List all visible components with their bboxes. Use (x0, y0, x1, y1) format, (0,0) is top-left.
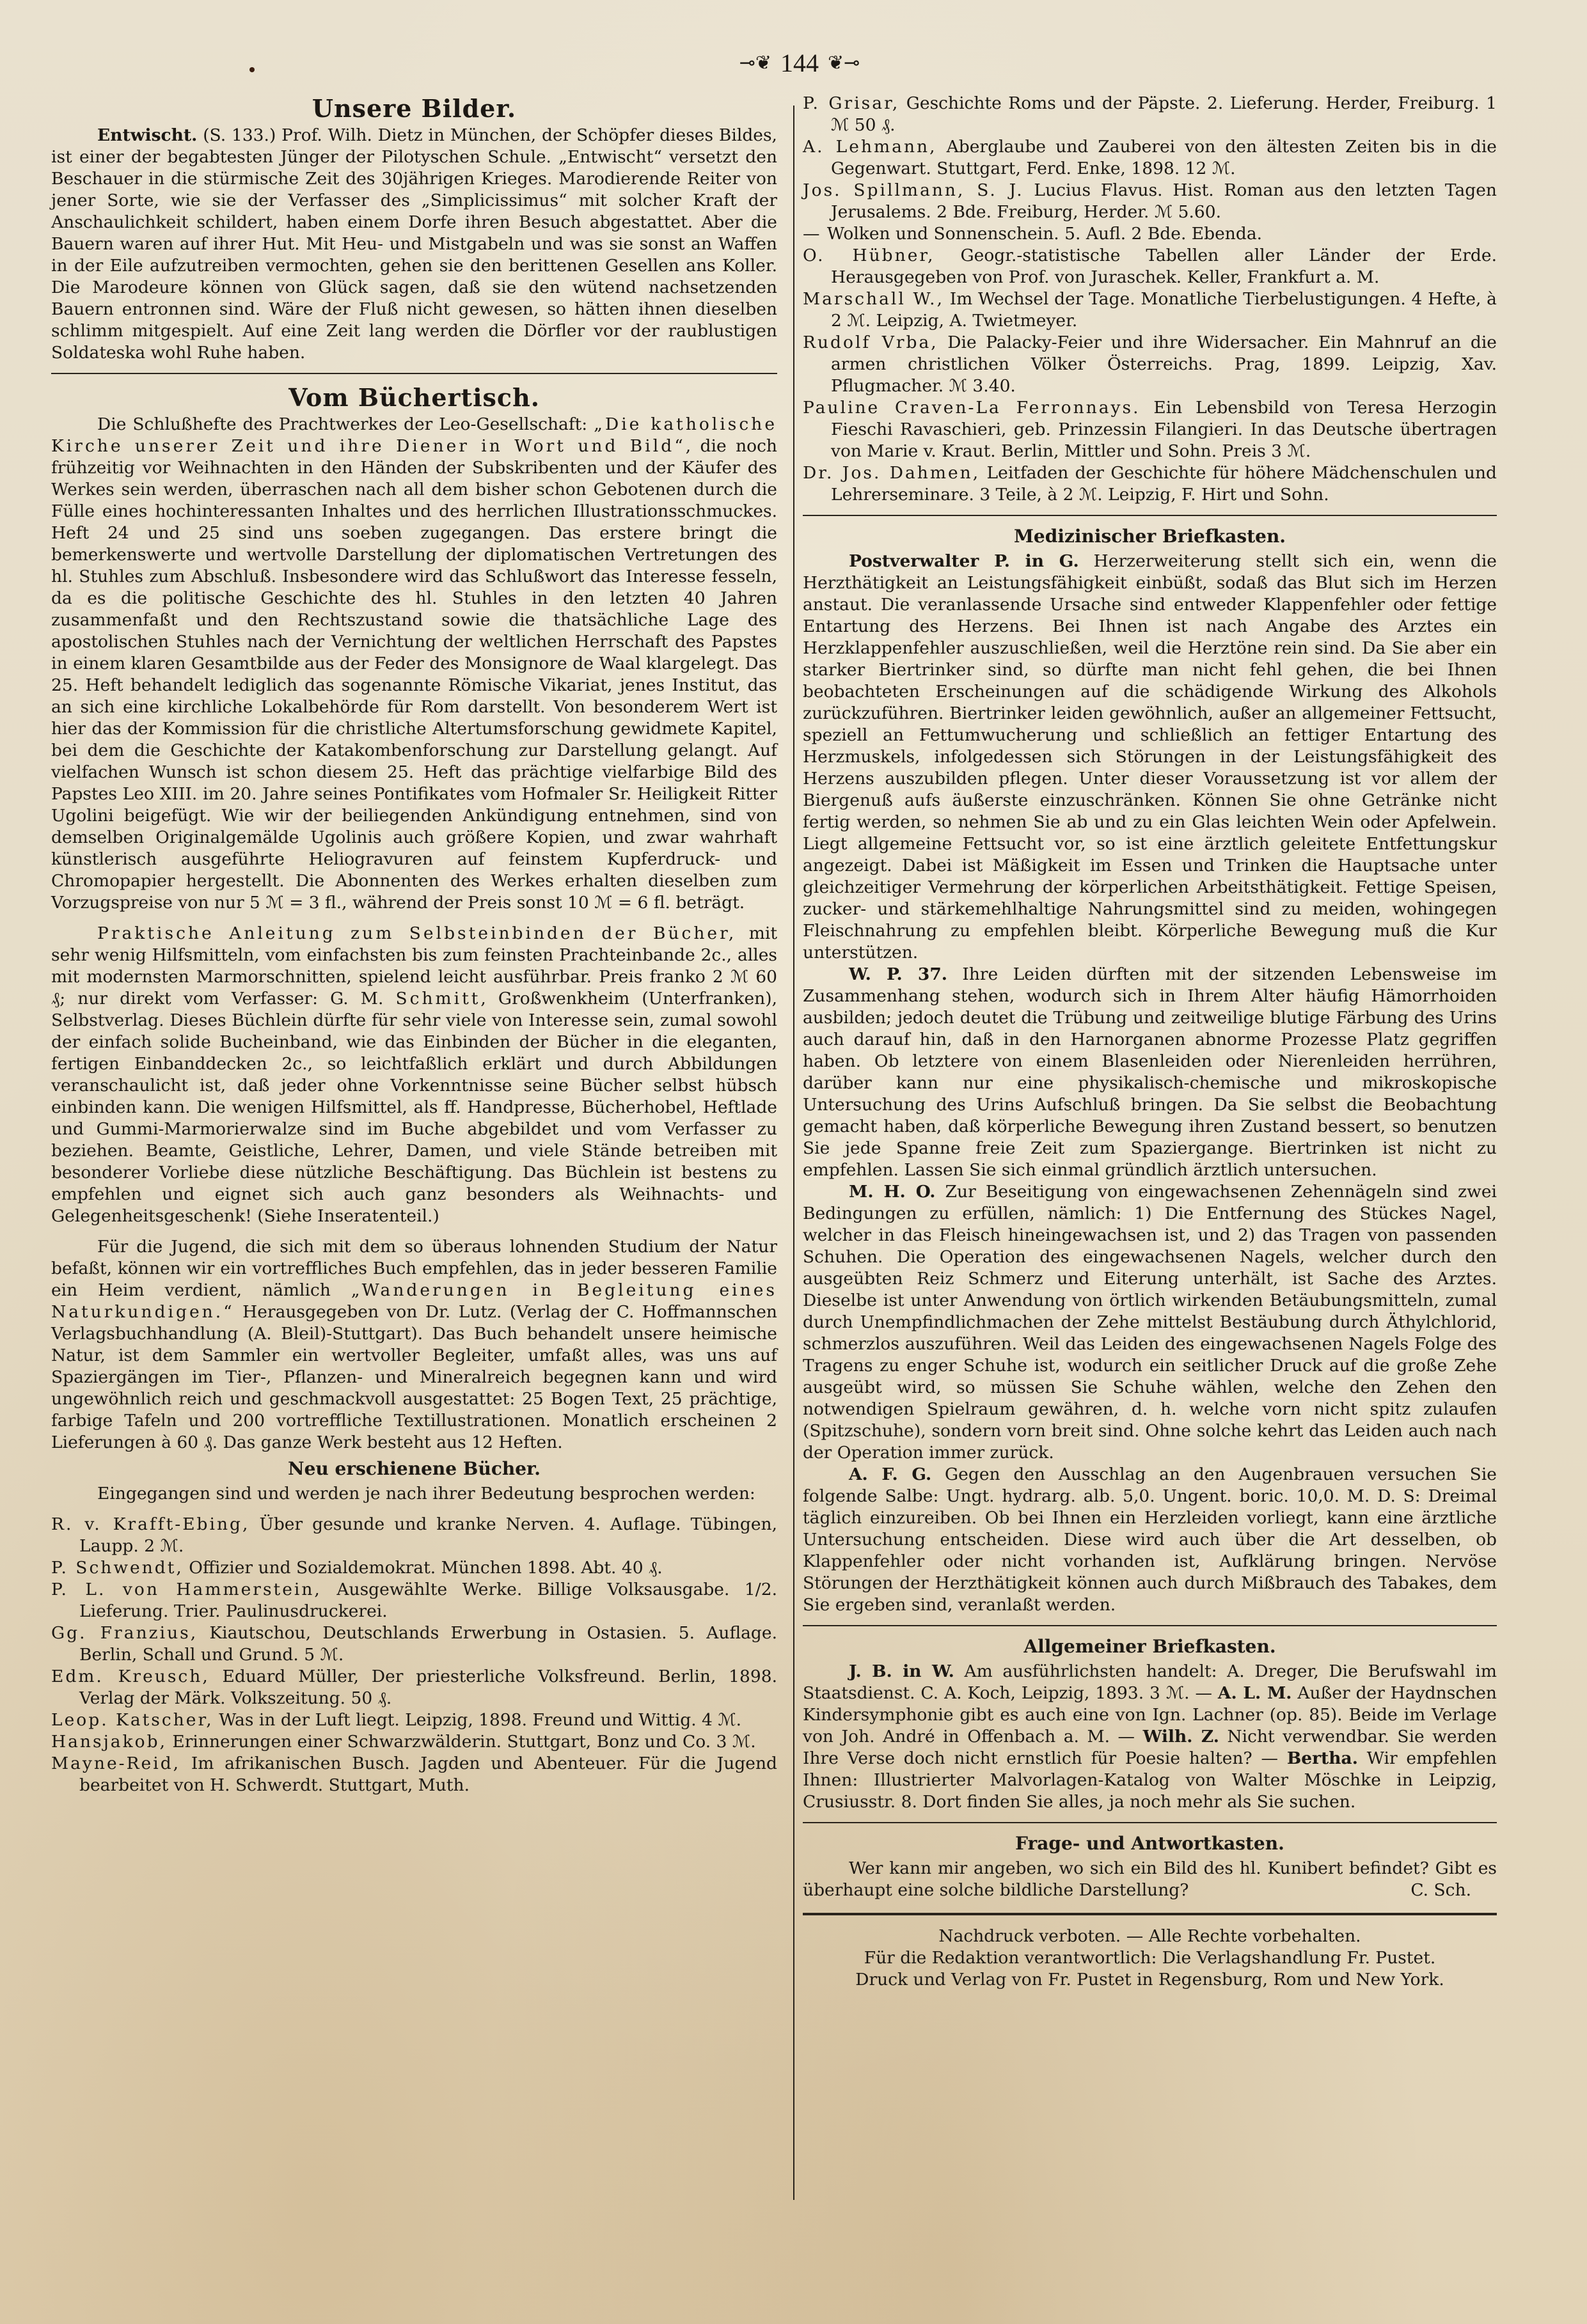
imprint: Nachdruck verboten. — Alle Rechte vorbeh… (803, 1926, 1497, 1991)
section-buechertisch: Vom Büchertisch. Die Schlußhefte des Pra… (51, 382, 777, 1454)
imprint-line: Nachdruck verboten. — Alle Rechte vorbeh… (803, 1926, 1497, 1947)
paragraph: Entwischt. (S. 133.) Prof. Wilh. Dietz i… (51, 125, 777, 364)
section-divider (803, 1822, 1497, 1823)
letter-entry: Postverwalter P. in G. Herzerweiterung s… (803, 551, 1497, 964)
book-author: P. Schwendt, (51, 1558, 184, 1578)
book-author: Jos. Spillmann, S. J. (803, 180, 1024, 200)
section-title: Vom Büchertisch. (51, 382, 777, 414)
paragraph-text: Gegen den Ausschlag an den Augenbrauen v… (803, 1464, 1497, 1615)
page-header: ⊸❦144❦⊸ (0, 48, 1587, 80)
lead-term: Postverwalter P. in G. (849, 551, 1079, 571)
lead-term: W. P. 37. (849, 964, 947, 984)
book-entry: O. Hübner, Geogr.-statistische Tabellen … (803, 245, 1497, 288)
page-number-block: ⊸❦144❦⊸ (710, 48, 889, 78)
imprint-line: Druck und Verlag von Fr. Pustet in Regen… (803, 1969, 1497, 1991)
section-subtitle: Neu erschienene Bücher. (51, 1456, 777, 1482)
author-name: Schmitt (395, 989, 480, 1009)
book-entry: Pauline Craven-La Ferronnays. Ein Lebens… (803, 397, 1497, 462)
paragraph-text: Herzerweiterung stellt sich ein, wenn di… (803, 551, 1497, 962)
lead-term: Bertha. (1287, 1748, 1358, 1768)
book-details: Offizier und Sozialdemokrat. München 189… (184, 1558, 663, 1578)
spacer (51, 1505, 777, 1514)
left-column: Unsere Bilder. Entwischt. (S. 133.) Prof… (51, 93, 777, 1796)
right-column: P. Grisar, Geschichte Roms und der Päpst… (803, 93, 1497, 1991)
paragraph: Eingegangen sind und werden je nach ihre… (51, 1483, 777, 1505)
paragraph-text: , die noch frühzeitig vor Weihnachten in… (51, 436, 777, 913)
paragraph-text: Herausgegeben von Dr. Lutz. (Verlag der … (51, 1302, 777, 1452)
column-divider (793, 106, 794, 2200)
work-title: Praktische Anleitung zum Selbsteinbinden… (97, 923, 736, 943)
book-entry: — Wolken und Sonnenschein. 5. Aufl. 2 Bd… (803, 223, 1497, 245)
book-author: Marschall W., (803, 289, 944, 309)
spacer (51, 914, 777, 923)
book-entry: R. v. Krafft-Ebing, Über gesunde und kra… (51, 1514, 777, 1557)
signature: C. Sch. (1364, 1880, 1471, 1901)
section-medizinischer-briefkasten: Medizinischer Briefkasten. Postverwalter… (803, 524, 1497, 1616)
book-details: Im afrikanischen Busch. Jagden und Abent… (79, 1754, 777, 1795)
book-entry: Marschall W., Im Wechsel der Tage. Monat… (803, 288, 1497, 332)
paragraph-text: , Großwenkheim (Unterfranken), Selbstver… (51, 989, 777, 1226)
section-subtitle: Frage- und Antwortkasten. (803, 1831, 1497, 1857)
book-details: Erinnerungen einer Schwarzwälderin. Stut… (167, 1732, 756, 1752)
section-title: Unsere Bilder. (51, 93, 777, 125)
book-entry: A. Lehmann, Aberglaube und Zauberei von … (803, 136, 1497, 180)
book-entry: Mayne-Reid, Im afrikanischen Busch. Jagd… (51, 1753, 777, 1796)
book-author: P. Grisar, (803, 93, 899, 113)
book-author: Gg. Franzius, (51, 1623, 198, 1643)
book-entry: Jos. Spillmann, S. J. Lucius Flavus. His… (803, 180, 1497, 223)
paragraph-text: Zur Beseitigung von eingewachsenen Zehen… (803, 1182, 1497, 1463)
book-entry: Edm. Kreusch, Eduard Müller, Der prieste… (51, 1666, 777, 1709)
book-entry: P. L. von Hammerstein, Ausgewählte Werke… (51, 1579, 777, 1622)
book-author: — (803, 224, 822, 244)
book-author: Hansjakob, (51, 1732, 167, 1752)
book-entry: Rudolf Vrba, Die Palacky-Feier und ihre … (803, 332, 1497, 397)
lead-term: A. F. G. (849, 1464, 931, 1484)
book-author: R. v. Krafft-Ebing, (51, 1514, 249, 1534)
book-entry: Hansjakob, Erinnerungen einer Schwarzwäl… (51, 1731, 777, 1753)
page-number: 144 (780, 49, 819, 77)
section-frage-antwortkasten: Frage- und Antwortkasten. Wer kann mir a… (803, 1831, 1497, 1901)
section-divider (803, 515, 1497, 516)
spacer (51, 1227, 777, 1236)
book-author: P. L. von Hammerstein, (51, 1580, 322, 1599)
book-author: A. Lehmann, (803, 137, 937, 157)
section-neu-erschienene: Neu erschienene Bücher. Eingegangen sind… (51, 1456, 777, 1796)
lead-term: J. B. in W. (849, 1661, 954, 1681)
lead-term: Wilh. Z. (1143, 1727, 1219, 1747)
lead-term: Entwischt. (97, 125, 197, 145)
book-entry: Gg. Franzius, Kiautschou, Deutschlands E… (51, 1622, 777, 1666)
book-author: Dr. Jos. Dahmen, (803, 463, 980, 483)
ink-spot (249, 67, 255, 72)
book-author: Edm. Kreusch, (51, 1667, 210, 1686)
section-divider (803, 1625, 1497, 1626)
section-subtitle: Medizinischer Briefkasten. (803, 524, 1497, 549)
paragraph-text: Die Schlußhefte des Prachtwerkes der Leo… (97, 414, 594, 434)
book-entry: Dr. Jos. Dahmen, Leitfaden der Geschicht… (803, 462, 1497, 506)
book-author: Leop. Katscher, (51, 1710, 214, 1730)
ornament-left-icon: ⊸❦ (739, 52, 771, 74)
imprint-line: Für die Redaktion verantwortlich: Die Ve… (803, 1947, 1497, 1969)
letter-entry: W. P. 37. Ihre Leiden dürften mit der si… (803, 964, 1497, 1181)
lead-term: M. H. O. (849, 1182, 935, 1202)
book-details: Geschichte Roms und der Päpste. 2. Liefe… (831, 93, 1497, 135)
paragraph-text: Ihre Leiden dürften mit der sitzenden Le… (803, 964, 1497, 1180)
ornament-right-icon: ❦⊸ (828, 52, 860, 74)
section-divider (51, 373, 777, 374)
paragraph: Praktische Anleitung zum Selbsteinbinden… (51, 923, 777, 1227)
letter-entry: A. F. G. Gegen den Ausschlag an den Auge… (803, 1464, 1497, 1616)
paragraph: Die Schlußhefte des Prachtwerkes der Leo… (51, 414, 777, 914)
section-allgemeiner-briefkasten: Allgemeiner Briefkasten. J. B. in W. Am … (803, 1634, 1497, 1813)
book-author: Mayne-Reid, (51, 1754, 180, 1773)
section-unsere-bilder: Unsere Bilder. Entwischt. (S. 133.) Prof… (51, 93, 777, 364)
book-author: Rudolf Vrba, (803, 333, 938, 352)
book-author: Pauline Craven-La Ferronnays. (803, 398, 1141, 418)
question-entry: Wer kann mir angeben, wo sich ein Bild d… (803, 1858, 1497, 1901)
section-subtitle: Allgemeiner Briefkasten. (803, 1634, 1497, 1660)
book-details: Wolken und Sonnenschein. 5. Aufl. 2 Bde.… (822, 224, 1263, 244)
letter-entry: M. H. O. Zur Beseitigung von eingewachse… (803, 1181, 1497, 1464)
book-details: Was in der Luft liegt. Leipzig, 1898. Fr… (214, 1710, 741, 1730)
book-entry: Leop. Katscher, Was in der Luft liegt. L… (51, 1709, 777, 1731)
book-author: O. Hübner, (803, 246, 935, 265)
lead-term: A. L. M. (1218, 1683, 1292, 1703)
paragraph: Für die Jugend, die sich mit dem so über… (51, 1236, 777, 1454)
letter-entry: J. B. in W. Am ausführlichsten handelt: … (803, 1661, 1497, 1813)
book-entry: P. Grisar, Geschichte Roms und der Päpst… (803, 93, 1497, 136)
section-books-continued: P. Grisar, Geschichte Roms und der Päpst… (803, 93, 1497, 506)
footer-divider (803, 1913, 1497, 1915)
book-entry: P. Schwendt, Offizier und Sozialdemokrat… (51, 1557, 777, 1579)
paragraph-text: (S. 133.) Prof. Wilh. Dietz in München, … (51, 125, 777, 363)
